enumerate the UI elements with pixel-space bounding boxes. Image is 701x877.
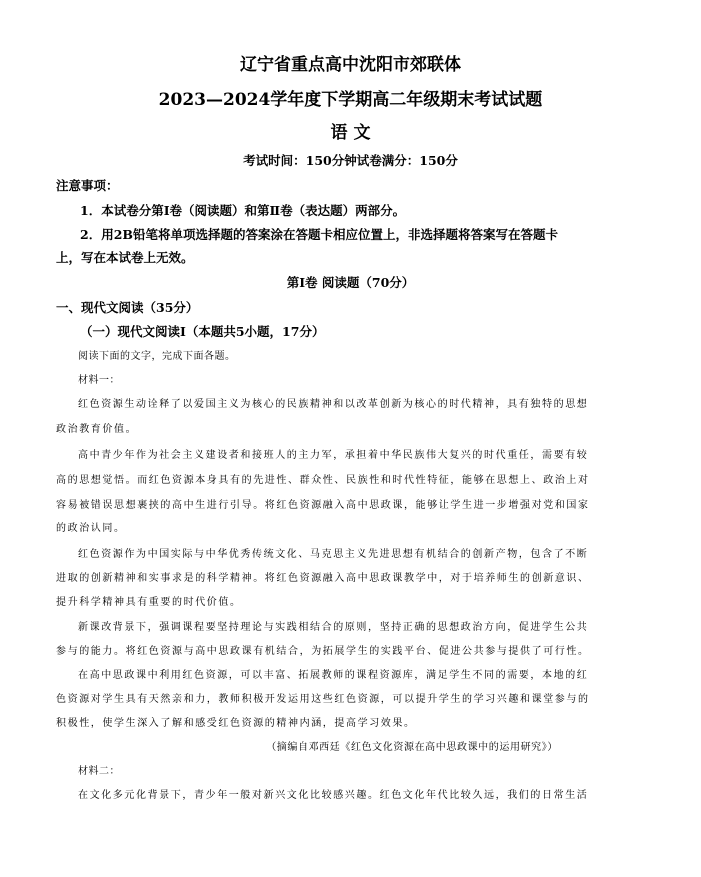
notice-item: 2．用2B铅笔将单项选择题的答案涂在答题卡相应位置上，非选择题将答案写在答题卡 [80, 225, 558, 243]
notice-label: 注意事项： [56, 176, 119, 194]
paragraph-line: 在高中思政课中利用红色资源，可以丰富、拓展教师的课程资源库，满足学生不同的需要，… [78, 666, 588, 681]
paragraph-line: 政治教育价值。 [56, 420, 137, 435]
paragraph-line: 提升科学精神具有重要的时代价值。 [56, 593, 242, 608]
exam-title: 2023—2024学年度下学期高二年级期末考试试题 [0, 85, 701, 110]
school-title: 辽宁省重点高中沈阳市郊联体 [0, 50, 701, 75]
paragraph-line: 高的思想觉悟。而红色资源本身具有的先进性、群众性、民族性和时代性特征，能够在思想… [56, 471, 590, 486]
paragraph-line: 色资源对学生具有天然亲和力，教师积极开发运用这些红色资源，可以提升学生的学习兴趣… [56, 690, 590, 705]
subpart-heading: （一）现代文阅读Ⅰ（本题共5小题，17分） [80, 322, 324, 340]
notice-item: 上，写在本试卷上无效。 [56, 248, 194, 266]
material2-label: 材料二： [78, 762, 120, 777]
paragraph-line: 新课改背景下，强调课程要坚持理论与实践相结合的原则，坚持正确的思想政治方向，促进… [78, 618, 588, 633]
volume-heading: 第Ⅰ卷 阅读题（70分） [0, 273, 701, 291]
paragraph-line: 的政治认同。 [56, 519, 126, 534]
part-heading: 一、现代文阅读（35分） [56, 298, 198, 316]
paragraph-line: 积极性，使学生深入了解和感受红色资源的精神内涵，提高学习效果。 [56, 714, 416, 729]
subject-title: 语 文 [0, 118, 701, 143]
paragraph-line: 红色资源生动诠释了以爱国主义为核心的民族精神和以改革创新为核心的时代精神，具有独… [78, 395, 588, 410]
paragraph-line: 红色资源作为中国实际与中华优秀传统文化、马克思主义先进思想有机结合的创新产物，包… [78, 545, 588, 560]
time-score: 考试时间：150分钟试卷满分：150分 [0, 151, 701, 169]
source-citation: （摘编自邓西廷《红色文化资源在高中思政课中的运用研究》） [266, 738, 558, 753]
paragraph-line: 参与的能力。将红色资源与高中思政课有机结合，为拓展学生的实践平台、促进公共参与提… [56, 642, 590, 657]
paragraph-line: 进取的创新精神和实事求是的科学精神。将红色资源融入高中思政课教学中，对于培养师生… [56, 569, 590, 584]
paragraph-line: 容易被错误思想裹挟的高中生进行引导。将红色资源融入高中思政课，能够让学生进一步增… [56, 496, 590, 511]
notice-item: 1．本试卷分第Ⅰ卷（阅读题）和第Ⅱ卷（表达题）两部分。 [80, 201, 405, 219]
instruction: 阅读下面的文字，完成下面各题。 [78, 347, 236, 362]
material1-label: 材料一： [78, 371, 120, 386]
paragraph-line: 在文化多元化背景下，青少年一般对新兴文化比较感兴趣。红色文化年代比较久远，我们的… [78, 786, 588, 801]
paragraph-line: 高中青少年作为社会主义建设者和接班人的主力军，承担着中华民族伟大复兴的时代重任，… [78, 446, 588, 461]
